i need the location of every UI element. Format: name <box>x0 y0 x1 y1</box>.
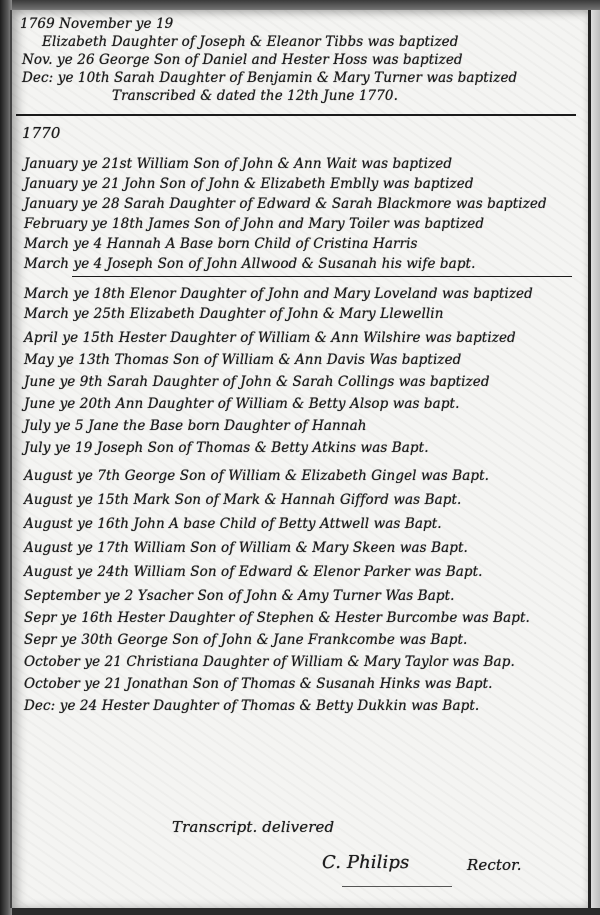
ink-bleed-texture <box>12 10 588 908</box>
baptism-entry: April ye 15th Hester Daughter of William… <box>24 330 516 346</box>
baptism-entry: August ye 15th Mark Son of Mark & Hannah… <box>24 492 461 508</box>
entry-date: August ye 17th <box>24 540 129 556</box>
baptism-entry: Sepr ye 30th George Son of John & Jane F… <box>24 632 467 648</box>
entry-date: July ye 19 <box>24 440 92 456</box>
entry-text: Ann Daughter of William & Betty Alsop wa… <box>116 396 460 412</box>
baptism-entry: January ye 28 Sarah Daughter of Edward &… <box>24 196 547 212</box>
entry-date: August ye 16th <box>24 516 129 532</box>
entry-text: Jonathan Son of Thomas & Susanah Hinks w… <box>126 676 492 692</box>
section-divider-rule <box>16 114 576 116</box>
rector-signature: C. Philips <box>322 852 409 873</box>
signature-underline <box>342 886 452 887</box>
baptism-entry: May ye 13th Thomas Son of William & Ann … <box>24 352 461 368</box>
entry-date: March ye 4 <box>24 256 102 272</box>
entry-date: Dec: ye 24 <box>24 698 97 714</box>
baptism-entry: Dec: ye 24 Hester Daughter of Thomas & B… <box>24 698 479 714</box>
entry-date: January ye 28 <box>24 196 120 212</box>
entry-date: August ye 15th <box>24 492 129 508</box>
entry-text: James Son of John and Mary Toiler was ba… <box>148 216 484 232</box>
entry-text: Hester Daughter of Thomas & Betty Dukkin… <box>102 698 480 714</box>
baptism-entry: March ye 25th Elizabeth Daughter of John… <box>24 306 444 322</box>
entry-text: Christiana Daughter of William & Mary Ta… <box>126 654 514 670</box>
year-header: 1770 <box>22 124 61 142</box>
baptism-entry: June ye 20th Ann Daughter of William & B… <box>24 396 459 412</box>
entry-text: Hannah A Base born Child of Cristina Har… <box>107 236 418 252</box>
entry-date: January ye 21 <box>24 176 120 192</box>
baptism-entry: January ye 21st William Son of John & An… <box>24 156 452 172</box>
entry-text: Ysacher Son of John & Amy Turner Was Bap… <box>138 588 455 604</box>
entry-date: March ye 18th <box>24 286 125 302</box>
baptism-entry: July ye 5 Jane the Base born Daughter of… <box>24 418 367 434</box>
entry-date: June ye 9th <box>24 374 103 390</box>
entry-underline <box>72 276 572 277</box>
upper-section-header: 1769 November ye 19 <box>20 16 173 32</box>
baptism-entry: August ye 17th William Son of William & … <box>24 540 468 556</box>
upper-entry: Nov. ye 26 George Son of Daniel and Hest… <box>22 52 463 68</box>
baptism-entry: October ye 21 Jonathan Son of Thomas & S… <box>24 676 493 692</box>
entry-date: July ye 5 <box>24 418 84 434</box>
entry-text: Elenor Daughter of John and Mary Lovelan… <box>130 286 533 302</box>
entry-date: February ye 18th <box>24 216 144 232</box>
entry-date: April ye 15th <box>24 330 114 346</box>
entry-date: March ye 4 <box>24 236 102 252</box>
baptism-entry: June ye 9th Sarah Daughter of John & Sar… <box>24 374 490 390</box>
entry-text: Sarah Daughter of Edward & Sarah Blackmo… <box>124 196 547 212</box>
entry-date: October ye 21 <box>24 676 122 692</box>
entry-text: William Son of William & Mary Skeen was … <box>133 540 467 556</box>
entry-text: Hester Daughter of William & Ann Wilshir… <box>119 330 516 346</box>
baptism-entry: March ye 4 Joseph Son of John Allwood & … <box>24 256 475 272</box>
entry-text: Elizabeth Daughter of John & Mary Llewel… <box>130 306 444 322</box>
entry-text: John Son of John & Elizabeth Emblly was … <box>124 176 474 192</box>
entry-text: John A base Child of Betty Attwell was B… <box>133 516 441 532</box>
rector-title: Rector. <box>467 856 522 874</box>
baptism-entry: March ye 18th Elenor Daughter of John an… <box>24 286 533 302</box>
upper-entry: Dec: ye 10th Sarah Daughter of Benjamin … <box>22 70 517 86</box>
baptism-entry: March ye 4 Hannah A Base born Child of C… <box>24 236 418 252</box>
entry-text: Hester Daughter of Stephen & Hester Burc… <box>117 610 530 626</box>
entry-text: Jane the Base born Daughter of Hannah <box>88 418 366 434</box>
entry-date: January ye 21st <box>24 156 132 172</box>
entry-date: October ye 21 <box>24 654 122 670</box>
baptism-entry: October ye 21 Christiana Daughter of Wil… <box>24 654 515 670</box>
entry-date: Sepr ye 16th <box>24 610 113 626</box>
entry-text: Joseph Son of John Allwood & Susanah his… <box>107 256 476 272</box>
entry-date: August ye 7th <box>24 468 120 484</box>
entry-text: Mark Son of Mark & Hannah Gifford was Ba… <box>133 492 461 508</box>
entry-text: William Son of Edward & Elenor Parker wa… <box>133 564 482 580</box>
transcription-note: Transcribed & dated the 12th June 1770. <box>112 88 398 104</box>
baptism-entry: September ye 2 Ysacher Son of John & Amy… <box>24 588 455 604</box>
entry-date: September ye 2 <box>24 588 133 604</box>
baptism-entry: Sepr ye 16th Hester Daughter of Stephen … <box>24 610 530 626</box>
transcript-attestation: Transcript. delivered <box>172 818 334 836</box>
entry-date: March ye 25th <box>24 306 125 322</box>
entry-date: Sepr ye 30th <box>24 632 113 648</box>
baptism-entry: February ye 18th James Son of John and M… <box>24 216 484 232</box>
entry-text: George Son of John & Jane Frankcombe was… <box>117 632 467 648</box>
entry-text: Joseph Son of Thomas & Betty Atkins was … <box>97 440 429 456</box>
entry-date: June ye 20th <box>24 396 112 412</box>
entry-text: Sarah Daughter of John & Sarah Collings … <box>107 374 489 390</box>
baptism-entry: August ye 16th John A base Child of Bett… <box>24 516 442 532</box>
baptism-entry: January ye 21 John Son of John & Elizabe… <box>24 176 474 192</box>
entry-date: August ye 24th <box>24 564 129 580</box>
adjacent-page-edge <box>590 10 600 908</box>
entry-date: May ye 13th <box>24 352 110 368</box>
entry-text: George Son of William & Elizabeth Gingel… <box>125 468 489 484</box>
register-page: 1769 November ye 19 Elizabeth Daughter o… <box>10 10 591 908</box>
upper-entry: Elizabeth Daughter of Joseph & Eleanor T… <box>42 34 459 50</box>
entry-text: Thomas Son of William & Ann Davis Was ba… <box>115 352 462 368</box>
entry-text: William Son of John & Ann Wait was bapti… <box>137 156 453 172</box>
baptism-entry: August ye 7th George Son of William & El… <box>24 468 489 484</box>
baptism-entry: July ye 19 Joseph Son of Thomas & Betty … <box>24 440 429 456</box>
baptism-entry: August ye 24th William Son of Edward & E… <box>24 564 483 580</box>
